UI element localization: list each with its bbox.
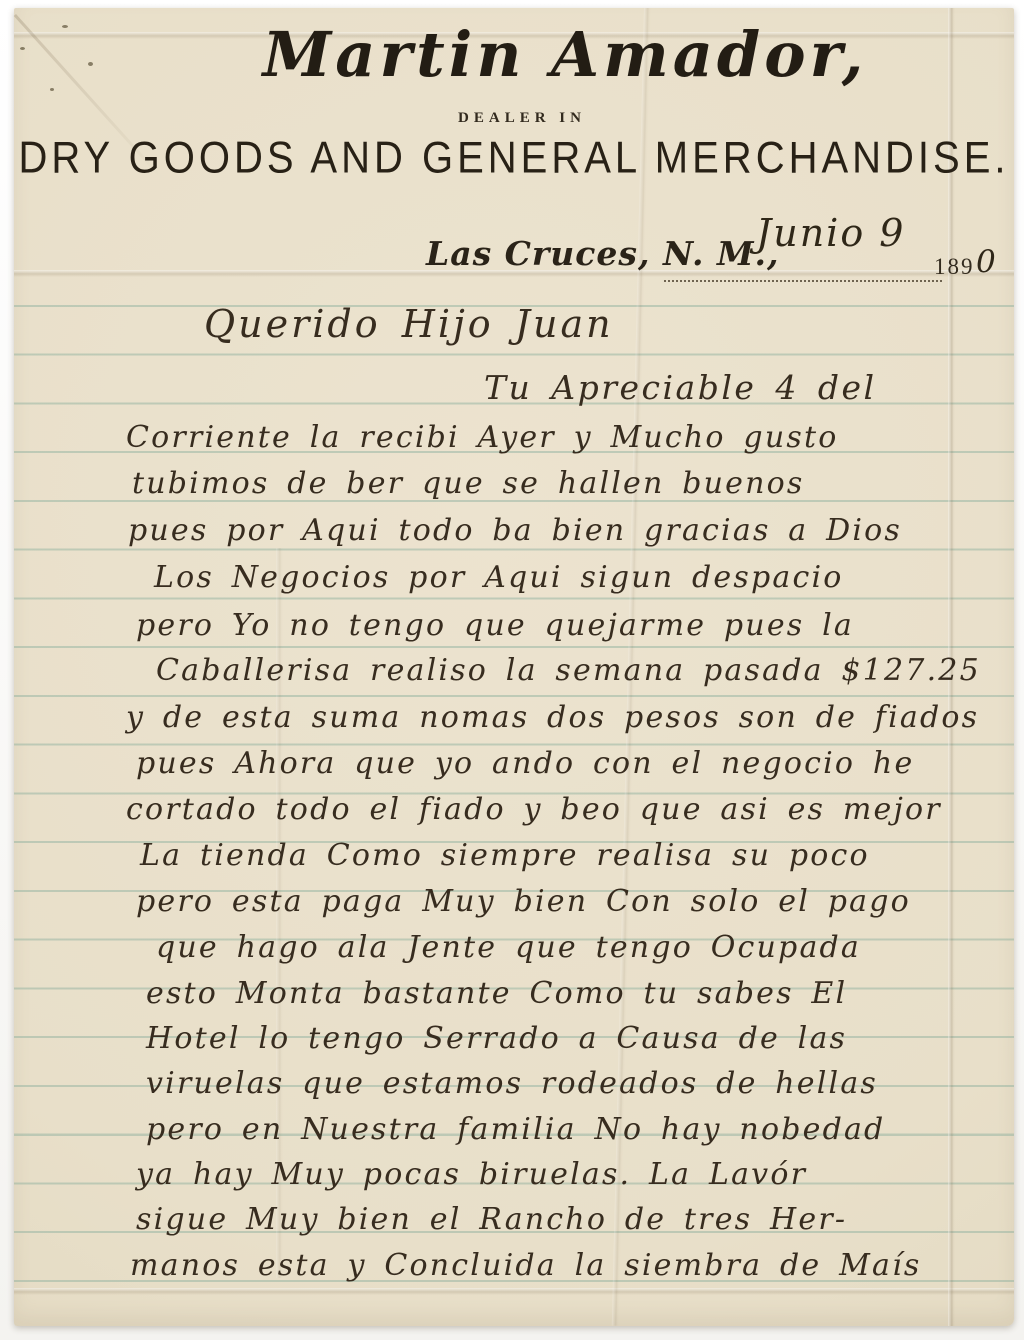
manuscript-line: viruelas que estamos rodeados de hellas xyxy=(146,1066,878,1101)
letterhead-business-line: DRY GOODS AND GENERAL MERCHANDISE. xyxy=(14,133,1014,183)
dateline-handwritten-date: Junio 9 xyxy=(756,211,905,255)
manuscript-line: cortado todo el fiado y beo que asi es m… xyxy=(126,792,942,827)
dateline-handwritten-year-digit: 0 xyxy=(976,244,996,280)
letterhead-dealer-line: DEALER IN xyxy=(22,110,1022,127)
manuscript-line: ya hay Muy pocas biruelas. La Lavór xyxy=(136,1157,807,1192)
scanned-letter: Martin Amador, DEALER IN DRY GOODS AND G… xyxy=(0,0,1024,1340)
letter-paper-sheet: Martin Amador, DEALER IN DRY GOODS AND G… xyxy=(14,8,1014,1326)
paper-speck xyxy=(50,88,54,91)
manuscript-line: esto Monta bastante Como tu sabes El xyxy=(146,976,847,1011)
letterhead-name: Martin Amador, xyxy=(65,18,1024,91)
dateline-printed-year: 189 xyxy=(934,254,975,280)
manuscript-line: que hago ala Jente que tengo Ocupada xyxy=(156,930,861,965)
manuscript-line: Hotel lo tengo Serrado a Causa de las xyxy=(146,1021,847,1056)
manuscript-line: pero en Nuestra familia No hay nobedad xyxy=(146,1112,885,1147)
manuscript-line: Tu Apreciable 4 del xyxy=(484,368,877,407)
manuscript-line: Caballerisa realiso la semana pasada $12… xyxy=(156,653,981,688)
manuscript-line: pero Yo no tengo que quejarme pues la xyxy=(136,608,854,643)
manuscript-line: pues por Aqui todo ba bien gracias a Dio… xyxy=(128,513,902,548)
manuscript-line: y de esta suma nomas dos pesos son de fi… xyxy=(126,700,979,735)
fold-crease-bottom xyxy=(14,1288,1014,1295)
manuscript-line: La tienda Como siempre realisa su poco xyxy=(140,838,870,873)
manuscript-salutation: Querido Hijo Juan xyxy=(204,302,614,346)
manuscript-line: Los Negocios por Aqui sigun despacio xyxy=(154,560,844,595)
manuscript-line: Corriente la recibi Ayer y Mucho gusto xyxy=(126,420,838,455)
manuscript-line: sigue Muy bien el Rancho de tres Her- xyxy=(136,1202,847,1237)
dateline-dotted-rule xyxy=(664,252,942,282)
manuscript-line: manos esta y Concluida la siembra de Maí… xyxy=(130,1248,922,1283)
paper-speck xyxy=(20,47,25,50)
manuscript-line: pues Ahora que yo ando con el negocio he xyxy=(136,746,914,781)
manuscript-line: tubimos de ber que se hallen buenos xyxy=(132,466,805,501)
manuscript-line: pero esta paga Muy bien Con solo el pago xyxy=(136,884,911,919)
